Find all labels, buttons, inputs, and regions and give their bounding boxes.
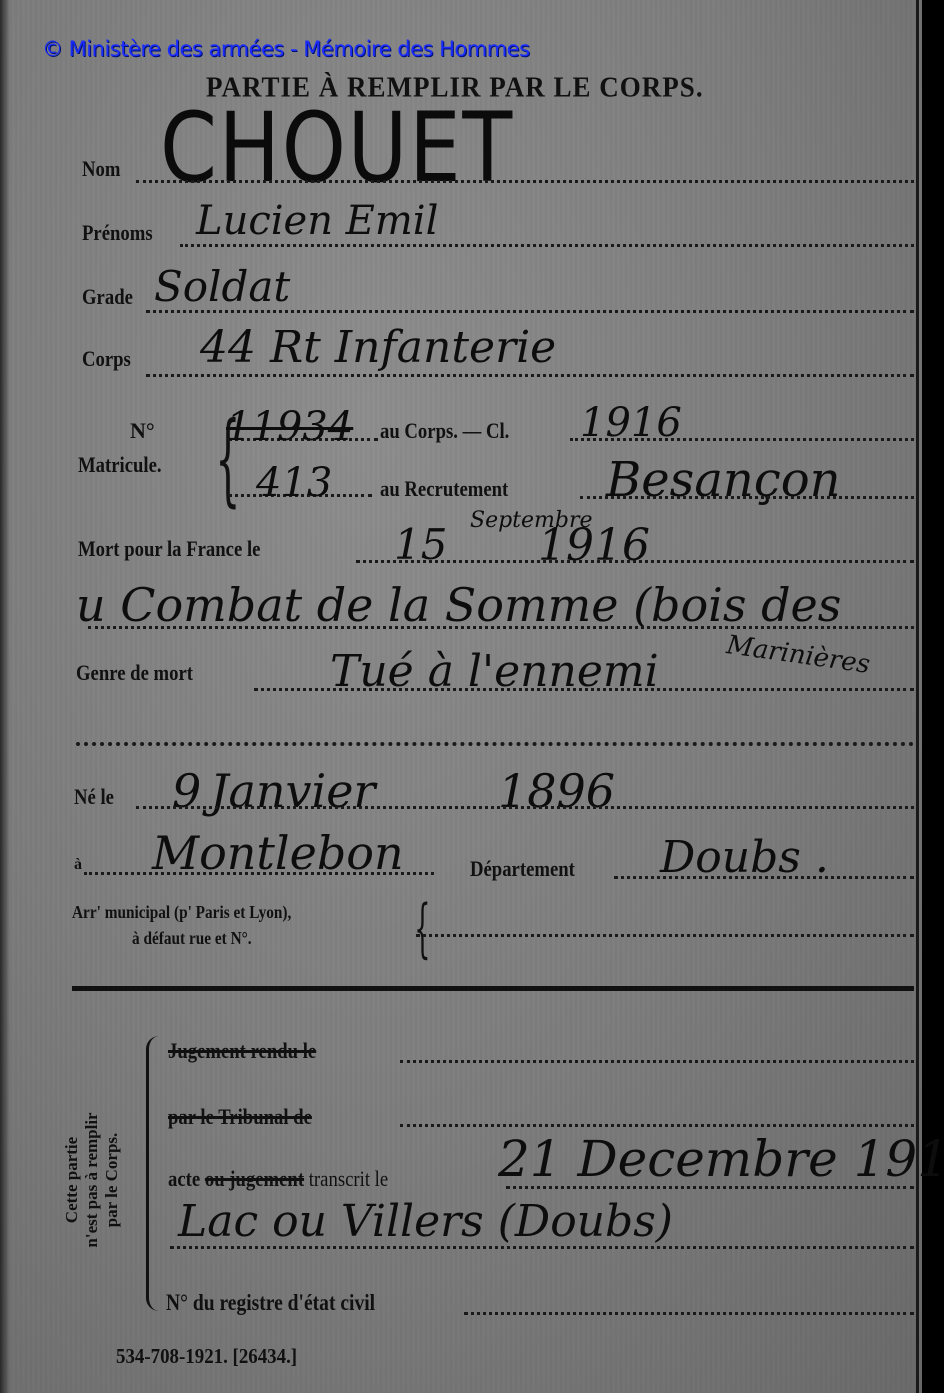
mort-label: Mort pour la France le [78,536,260,562]
transcrit-date-line [506,1186,914,1189]
recrutement-line [580,496,914,499]
jugement-line [400,1060,914,1063]
genre-mort-label: Genre de mort [76,660,193,686]
form-footer-code: 534-708-1921. [26434.] [116,1344,297,1369]
grade-label: Grade [82,284,133,310]
acte-label: acte ou jugement transcrit le [168,1166,388,1192]
corps-value: 44 Rt Infanterie [200,322,556,373]
recrutement-number: 413 [256,460,332,506]
arrondissement-label-1: Arr' municipal (p' Paris et Lyon), [72,902,291,923]
prenoms-label: Prénoms [82,220,153,246]
mort-year: 1916 [538,520,650,571]
nom-value: CHOUET [160,92,514,204]
classe-line [570,438,914,441]
naissance-line [136,806,914,809]
genre-mort-line-2 [76,742,914,746]
tribunal-label: par le Tribunal de [168,1104,312,1130]
departement-line [614,876,914,879]
transcrit-lieu: Lac ou Villers (Doubs) [178,1196,673,1247]
naissance-day: 9 [172,764,201,818]
nom-line [136,180,914,183]
recrutement-label: au Recrutement [380,476,508,502]
naissance-label: Né le [74,784,114,810]
corps-label: Corps [82,346,131,372]
section-divider [72,986,914,991]
grade-value: Soldat [154,262,290,311]
naissance-month: Janvier [210,764,375,818]
arrondissement-brace: { [414,896,430,970]
matricule-label: Matricule. [78,452,162,478]
mort-line [356,560,914,563]
grade-line [146,310,914,313]
arrondissement-label-2: à défaut rue et N°. [132,928,252,949]
jugement-label: Jugement rendu le [168,1038,316,1064]
genre-mort-line [254,688,914,691]
tribunal-line [400,1124,914,1127]
prenoms-value: Lucien Emil [196,198,438,244]
transcrit-lieu-line [170,1246,914,1249]
lieu-mort-line [88,626,914,629]
copyright-watermark: © Ministère des armées - Mémoire des Hom… [42,37,530,61]
registre-label: N° du registre d'état civil [166,1290,375,1316]
transcrit-date: 21 Decembre 1916 [498,1130,944,1188]
lieu-mort-value: u Combat de la Somme (bois des [76,578,841,632]
civil-section-side-note: Cette partie n'est pas à remplir par le … [62,1070,122,1290]
registre-line [464,1312,914,1315]
au-corps-label: au Corps. — Cl. [380,418,509,444]
lieu-mort-addition: Marinières [725,630,872,680]
lieu-naissance-line [84,872,434,875]
no-label: N° [130,418,155,444]
civil-section-brace [146,1036,159,1311]
prenoms-line [180,244,914,247]
corps-line [146,374,914,377]
nom-label: Nom [82,156,120,182]
recrutement-value: Besançon [606,452,841,508]
left-scan-edge [0,0,10,1393]
lieu-naissance-prefix: à [74,856,82,874]
death-record-card: © Ministère des armées - Mémoire des Hom… [0,0,922,1393]
departement-label: Département [470,856,575,882]
matricule-corps-number: 11934 [226,404,353,450]
naissance-year: 1896 [498,764,615,818]
arrondissement-line [416,934,914,937]
